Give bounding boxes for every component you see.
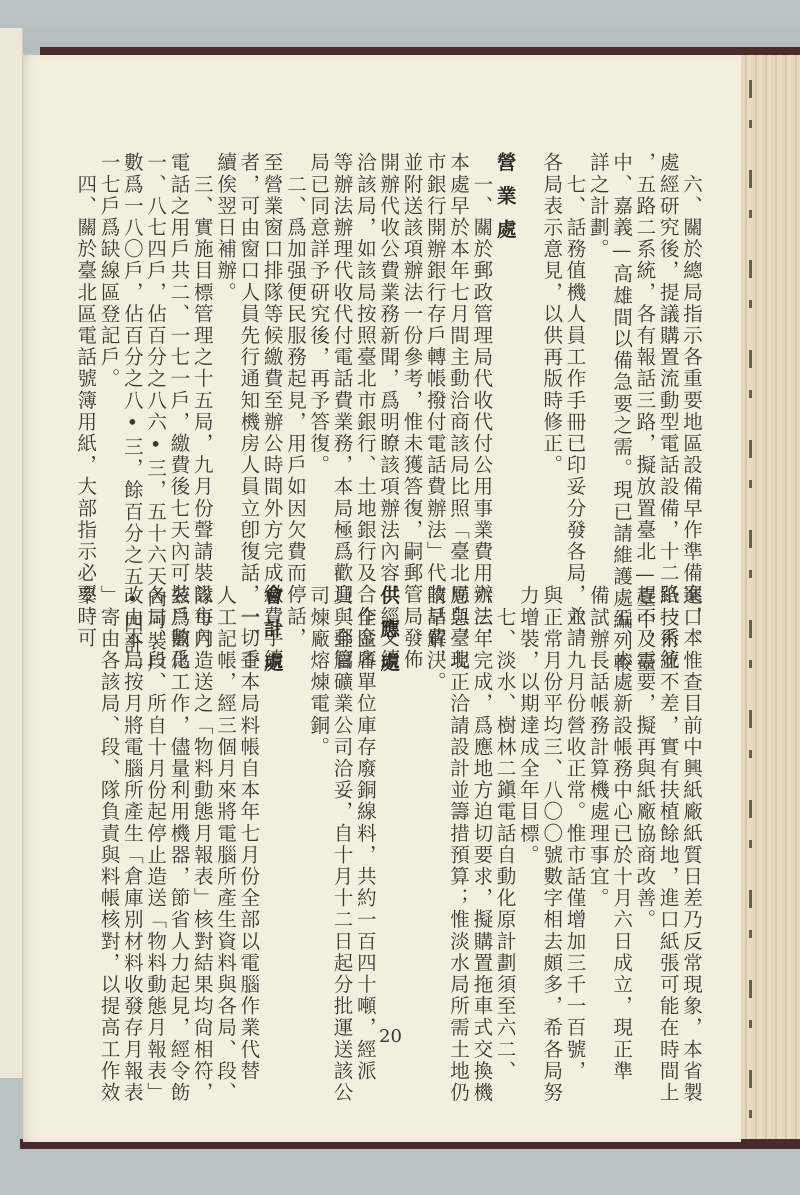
text-column: 與正常月份平均三、八〇〇號數字相去頗多，希各局努 bbox=[540, 585, 563, 1025]
page-edge-markings bbox=[749, 80, 752, 1120]
text-column: 洽該局，如該局按照臺北市銀行、土地銀行及合作金庫 bbox=[354, 152, 377, 582]
text-column: 請早解決。 bbox=[423, 585, 446, 1025]
text-column: 」寄由各該局、段、隊負責與料帳核對，以提高工作效 bbox=[97, 585, 120, 1025]
text-column bbox=[517, 152, 540, 582]
text-column: 一、查本局料帳自本年七月份全部以電腦作業代替 bbox=[237, 585, 260, 1025]
section-heading: 供應處 bbox=[377, 585, 400, 1025]
section-heading: 營業處 bbox=[493, 152, 516, 582]
text-column: 電話之用戶共二、一七一戶，繳費後七天內可裝戶數爲 bbox=[167, 152, 190, 582]
bottom-text-block: 進口。惟查目前中興紙廠紙質日差乃反常現象，本省製紙技術並不差，實有扶植餘地，進口… bbox=[74, 585, 703, 1025]
text-column: 一、八七四戶，佔百分之八六•三，五十六天內可裝戶 bbox=[144, 152, 167, 582]
text-column: 六三年完成，爲應地方迫切要求，擬購置拖車式交換機 bbox=[470, 585, 493, 1025]
text-column: 趕不及需要，擬再與紙廠協商改善。 bbox=[633, 585, 656, 1025]
text-column: 者，可由窗口人員先行通知機房人員立卽復話，一切手 bbox=[237, 152, 260, 582]
text-column: 二、爲加强便民服務起見，用戶如因欠費而停話， bbox=[284, 152, 307, 582]
text-column: 詳之計劃。 bbox=[587, 152, 610, 582]
text-column: ，五路二系統，各有報話三路，擬放置臺北—臺中，臺 bbox=[633, 152, 656, 582]
text-column: 四、關於臺北區電話號簿用紙，大部指示必要時可 bbox=[74, 152, 97, 582]
text-column: 司煉廠熔煉電銅。 bbox=[307, 585, 330, 1025]
text-column: 續俟翌日補辦。 bbox=[214, 152, 237, 582]
background-top bbox=[0, 0, 800, 52]
text-column: 處經研究後，提議購置流動型電話設備，十二路一系統 bbox=[656, 152, 679, 582]
text-column: 並附送該項辦法一份參考，惟未獲答復，嗣郵管局發佈 bbox=[400, 152, 423, 582]
book-cover-top-edge bbox=[40, 47, 800, 55]
text-column: 六、關於總局指示各重要地區設備早作準備案，本 bbox=[680, 152, 703, 582]
previous-page-edge bbox=[0, 28, 23, 1078]
text-column bbox=[284, 585, 307, 1025]
text-column: 市銀行開辦銀行存戶轉帳撥付電話費辦法」代收話費， bbox=[423, 152, 446, 582]
text-column: 開辦代收公費業務新聞，爲明瞭該項辦法內容，經又續 bbox=[377, 152, 400, 582]
section-heading: 會計處 bbox=[260, 585, 283, 1025]
text-column bbox=[400, 585, 423, 1025]
text-column: 各局表示意見，以供再版時修正。 bbox=[540, 152, 563, 582]
text-column: 員與金屬礦業公司洽妥，自十月十二日起分批運送該公 bbox=[330, 585, 353, 1025]
text-column: 本處早於本年七月間主動洽商該局比照「臺北局與臺北 bbox=[447, 152, 470, 582]
text-column: 一七戶爲缺線區登記戶。 bbox=[97, 152, 120, 582]
page-number: 20 bbox=[379, 1026, 402, 1047]
text-column: 至營業窗口排隊等候繳費至辦公時間外方完成繳費手續 bbox=[260, 152, 283, 582]
text-column: 等辦法辦理代收代付電話費業務，本局極爲歡迎，郵管 bbox=[330, 152, 353, 582]
text-column: 中、嘉義—高雄間以備急要之需。現已請維護處編列較 bbox=[610, 152, 633, 582]
text-column: 改由本局按月將電腦所產生「倉庫別材料收發存月報表 bbox=[121, 585, 144, 1025]
text-column: 各局、段、所自十月份起停止造送「物料動態月報表」 bbox=[144, 585, 167, 1025]
text-column: 七、話務值機人員工作手冊已印妥分發各局，並請 bbox=[563, 152, 586, 582]
text-column: 一、關於郵政管理局代收代付公用事業費用辦法， bbox=[470, 152, 493, 582]
top-text-block: 六、關於總局指示各重要地區設備早作準備案，本處經研究後，提議購置流動型電話設備，… bbox=[74, 152, 703, 582]
text-column: 局已同意詳予研究後，再予答復。 bbox=[307, 152, 330, 582]
text-column: 進口。惟查目前中興紙廠紙質日差乃反常現象，本省製 bbox=[680, 585, 703, 1025]
text-column: 力增裝，以期達成全年目標。 bbox=[517, 585, 540, 1025]
text-column: 六、九月份營收正常。惟市話僅增加三千一百號， bbox=[563, 585, 586, 1025]
text-column: 隊每月造送之「物料動態月報表」核對結果均尙相符， bbox=[190, 585, 213, 1025]
book-page: 六、關於總局指示各重要地區設備早作準備案，本處經研究後，提議購置流動型電話設備，… bbox=[23, 55, 741, 1142]
text-column: 紙技術並不差，實有扶植餘地，進口紙張可能在時間上 bbox=[656, 585, 679, 1025]
text-column: 三、實施目標管理之十五局，九月份聲請裝設市內 bbox=[190, 152, 213, 582]
text-column: 七、淡水、樹林二鎭電話自動化原計劃須至六二、 bbox=[493, 585, 516, 1025]
text-column: 應急，現正洽請設計並籌措預算；惟淡水局所需土地仍 bbox=[447, 585, 470, 1025]
text-column: 全區各單位庫存廢銅線料，共約一百四十噸，經派 bbox=[354, 585, 377, 1025]
text-column: 五、本處新設帳務中心已於十月六日成立，現正準 bbox=[610, 585, 633, 1025]
text-column: 數爲一八〇戶，佔百分之八•三，餘百分之五•四計一 bbox=[121, 152, 144, 582]
text-column: 備試辦長話帳務計算機處理事宜。 bbox=[587, 585, 610, 1025]
text-column: 率。 bbox=[74, 585, 97, 1025]
text-column: 人工記帳，經三個月來將電腦所產生資料與各局、段、 bbox=[214, 585, 237, 1025]
text-column: 兹爲簡化工作，儘量利用機器，節省人力起見，經令飭 bbox=[167, 585, 190, 1025]
